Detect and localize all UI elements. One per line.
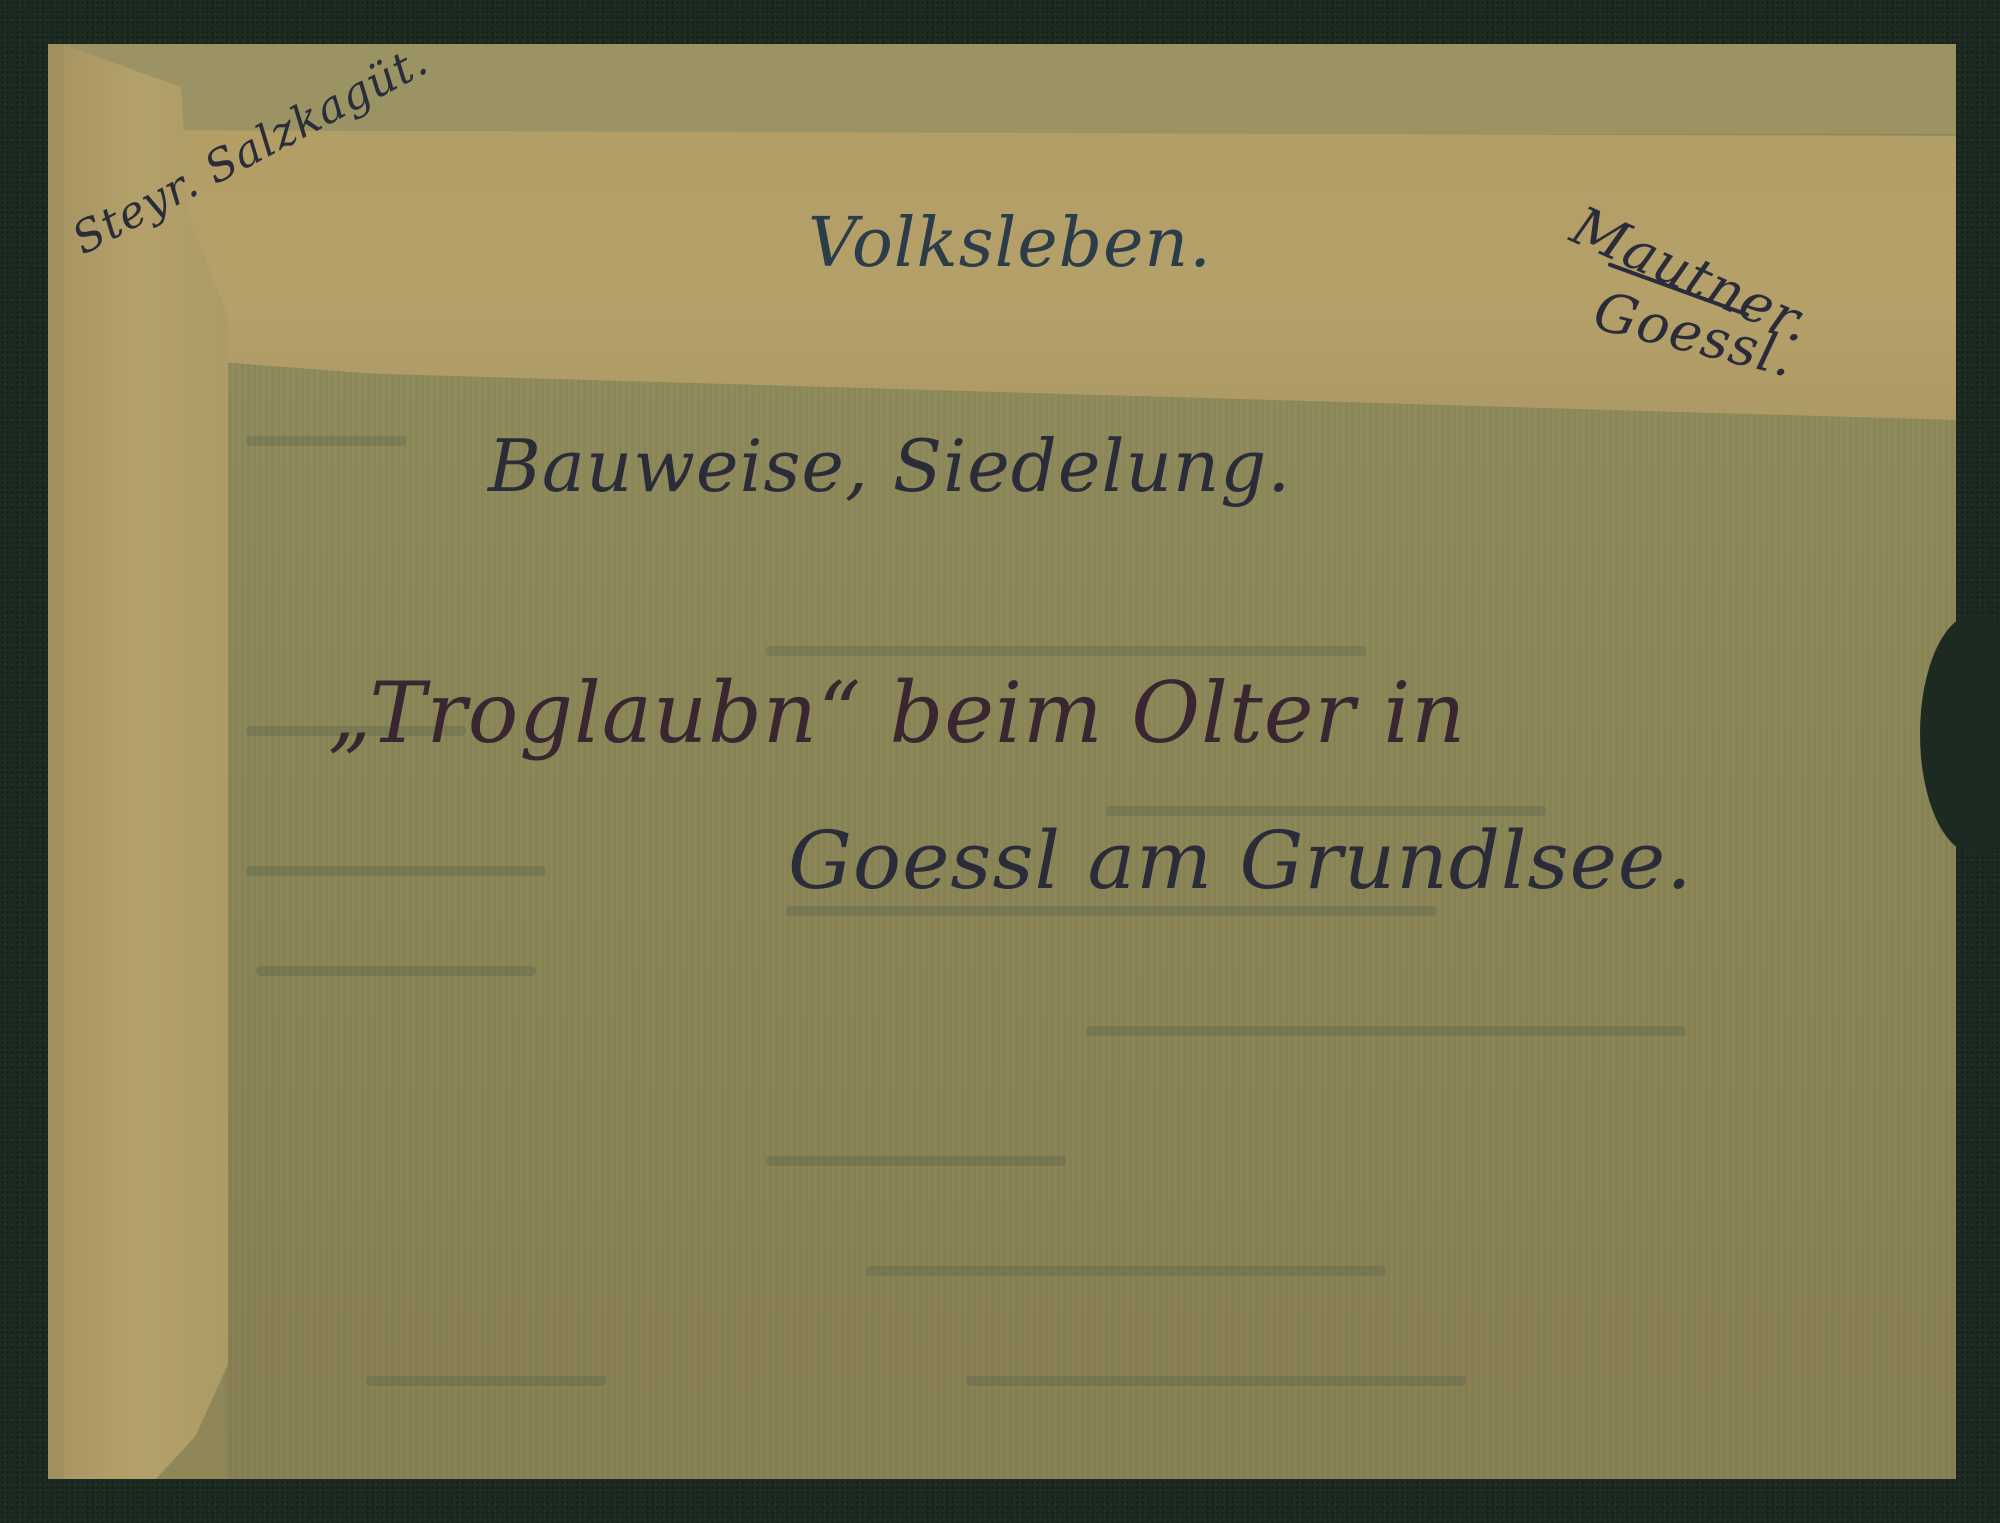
left-flap bbox=[48, 44, 228, 1479]
envelope-body bbox=[226, 346, 1956, 1479]
caption-line-2: Goessl am Grundlsee. bbox=[788, 814, 1693, 907]
caption-line-1: „Troglaubn“ beim Olter in bbox=[328, 664, 1466, 762]
annotation-category: Volksleben. bbox=[808, 204, 1212, 283]
annotation-subject: Bauweise, Siedelung. bbox=[488, 424, 1291, 508]
envelope: Steyr. Salzkagüt. Volksleben. Mautner. G… bbox=[48, 44, 1956, 1479]
